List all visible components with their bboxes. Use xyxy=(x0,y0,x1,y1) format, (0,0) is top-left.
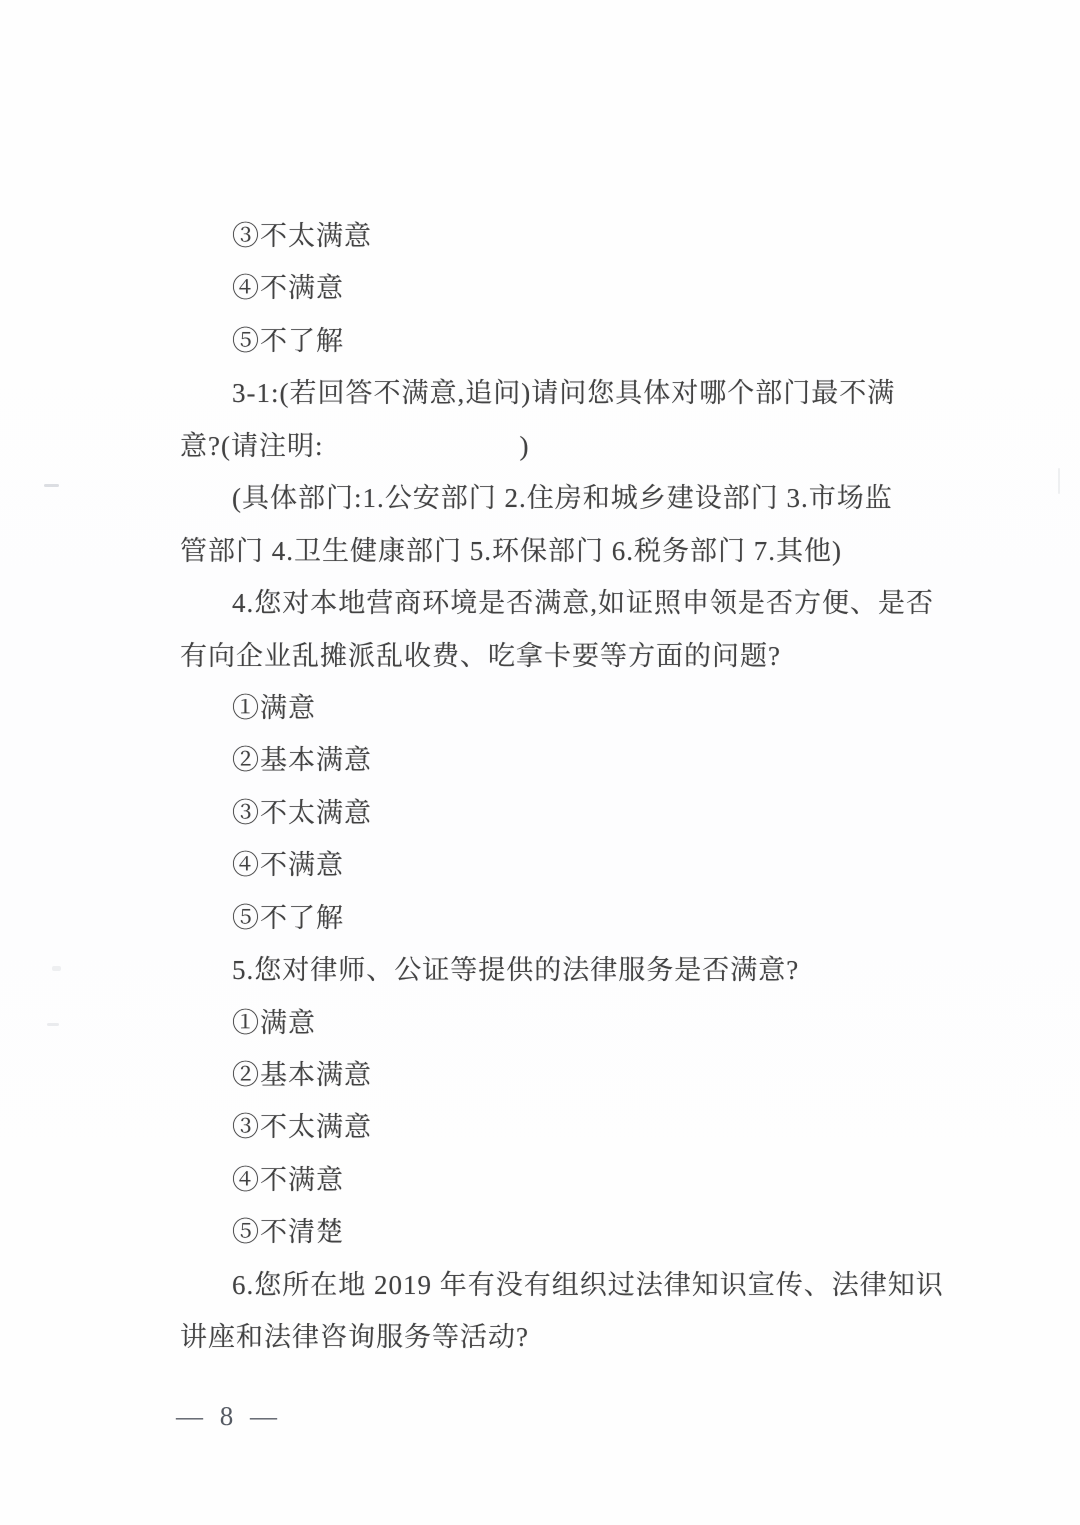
option-line: ⑤不了解 xyxy=(180,315,948,367)
option-line: ③不太满意 xyxy=(180,787,948,839)
scan-artifact-line xyxy=(1058,468,1060,494)
option-line: ④不满意 xyxy=(180,1154,948,1206)
questionnaire-text-block: ③不太满意④不满意⑤不了解3-1:(若回答不满意,追问)请问您具体对哪个部门最不… xyxy=(180,210,948,1364)
note-continuation-line: 管部门 4.卫生健康部门 5.环保部门 6.税务部门 7.其他) xyxy=(180,525,948,577)
option-line: ②基本满意 xyxy=(180,734,948,786)
question-continuation-line: 讲座和法律咨询服务等活动? xyxy=(180,1311,948,1363)
question-continuation-line: 有向企业乱摊派乱收费、吃拿卡要等方面的问题? xyxy=(180,630,948,682)
option-line: ③不太满意 xyxy=(180,210,948,262)
option-line: ④不满意 xyxy=(180,262,948,314)
option-line: ①满意 xyxy=(180,997,948,1049)
question-line: 3-1:(若回答不满意,追问)请问您具体对哪个部门最不满 xyxy=(180,367,948,419)
scan-artifact-dash xyxy=(44,484,59,487)
option-line: ⑤不清楚 xyxy=(180,1206,948,1258)
note-line: (具体部门:1.公安部门 2.住房和城乡建设部门 3.市场监 xyxy=(180,472,948,524)
question-line: 5.您对律师、公证等提供的法律服务是否满意? xyxy=(180,944,948,996)
option-line: ③不太满意 xyxy=(180,1101,948,1153)
scanned-document-page: ③不太满意④不满意⑤不了解3-1:(若回答不满意,追问)请问您具体对哪个部门最不… xyxy=(0,0,1080,1525)
option-line: ①满意 xyxy=(180,682,948,734)
question-continuation-line: 意?(请注明: ) xyxy=(180,420,948,472)
option-line: ②基本满意 xyxy=(180,1049,948,1101)
option-line: ⑤不了解 xyxy=(180,892,948,944)
option-line: ④不满意 xyxy=(180,839,948,891)
page-number: — 8 — xyxy=(176,1396,282,1436)
scan-artifact-smudge xyxy=(52,966,61,971)
question-line: 4.您对本地营商环境是否满意,如证照申领是否方便、是否 xyxy=(180,577,948,629)
scan-artifact-dash xyxy=(47,1023,59,1026)
question-line: 6.您所在地 2019 年有没有组织过法律知识宣传、法律知识 xyxy=(180,1259,948,1311)
